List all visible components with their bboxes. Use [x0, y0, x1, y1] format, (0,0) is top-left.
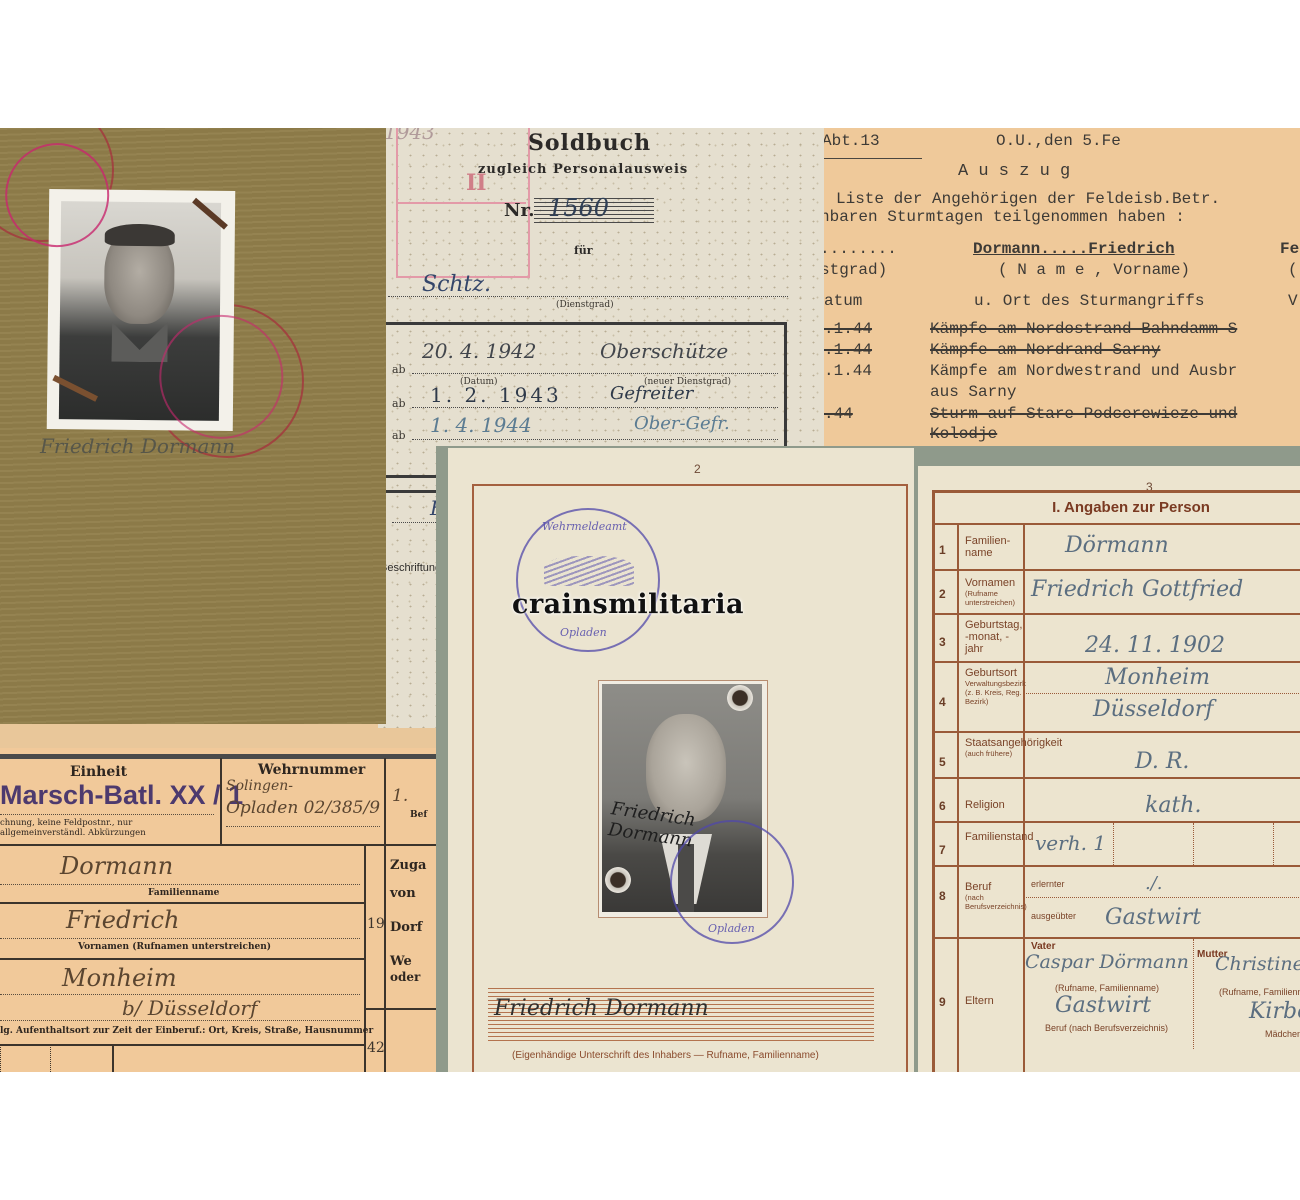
geburtsdatum-value: 24. 11. 1902	[1085, 633, 1225, 658]
einheit-label: Einheit	[70, 764, 127, 780]
personal-data-table: I. Angaben zur Person 1 Familien-name Dö…	[932, 490, 1300, 1072]
mutter-value: Christine	[1215, 953, 1300, 975]
soldier-photo-uniform	[47, 189, 236, 431]
promotion-date: 20. 4. 1942	[422, 339, 537, 363]
section-title: I. Angaben zur Person	[935, 499, 1300, 516]
document-collage: Abt.13 O.U.,den 5.Fe A u s z u g Liste d…	[0, 128, 1300, 1072]
auszug-entry: Kämpfe am Nordrand Sarny	[930, 341, 1160, 359]
soldbuch-number: 1560	[548, 194, 609, 222]
religion-value: kath.	[1145, 793, 1201, 818]
promotion-rank: Oberschütze	[600, 339, 728, 363]
auszug-entry: Sturm auf Stare Podcerewieze und	[930, 405, 1237, 423]
auszug-place-date: O.U.,den 5.Fe	[996, 132, 1121, 150]
staatsangehoerigkeit-value: D. R.	[1135, 749, 1189, 774]
cover-signature: Friedrich Dormann	[40, 434, 235, 458]
auszug-intro-line2: nbaren Sturmtagen teilgenommen haben :	[820, 208, 1185, 226]
vornamen-value: Friedrich Gottfried	[1031, 577, 1243, 602]
auszug-entry: Kämpfe am Nordostrand Bahndamm S	[930, 320, 1237, 338]
einheit-stamp: Marsch-Batl. XX / 1	[0, 780, 243, 811]
soldbuch-rank: Schtz.	[422, 272, 491, 297]
auszug-entry: aus Sarny	[930, 383, 1016, 401]
soldbuch-cover: Friedrich Dormann	[0, 128, 386, 724]
auszug-name-line: Dormann.....Friedrich	[973, 240, 1175, 258]
soldbuch-subtitle: zugleich Personalausweis	[478, 162, 688, 177]
promotion-date: 1. 2. 1943	[430, 383, 562, 407]
familienstand-value: verh. 1	[1035, 831, 1106, 855]
auszug-heading: A u s z u g	[958, 162, 1070, 181]
auszug-entry: Kämpfe am Nordwestrand und Ausbr	[930, 362, 1237, 380]
ort-value: Monheim	[62, 964, 177, 992]
geburtsort-value: Monheim	[1105, 665, 1210, 690]
promotion-rank: Ober-Gefr.	[634, 413, 730, 434]
auszug-name-caption: ( N a m e , Vorname)	[998, 261, 1190, 279]
beschriftung-label: Beschriftung	[380, 562, 441, 574]
vater-beruf-value: Gastwirt	[1055, 993, 1151, 1018]
wehrnummer-value: Opladen 02/385/9	[226, 798, 380, 818]
mutter-maiden-value: Kirbe	[1249, 999, 1300, 1024]
wehrnummer-label: Wehrnummer	[258, 762, 365, 778]
auszug-typed-document: Abt.13 O.U.,den 5.Fe A u s z u g Liste d…	[818, 128, 1300, 468]
promotion-rank: Gefreiter	[610, 383, 693, 404]
holder-signature: Friedrich Dormann	[494, 996, 709, 1021]
auszug-col-ort: u. Ort des Sturmangriffs	[974, 292, 1204, 310]
vater-value: Caspar Dörmann	[1025, 951, 1189, 973]
vornamen-value: Friedrich	[66, 906, 179, 934]
familienname-value: Dormann	[60, 852, 173, 880]
watermark: crainsmilitaria	[512, 589, 744, 620]
wehrpass-page-2: 2 Wehrmeldeamt Opladen Friedrich Dormann…	[448, 448, 914, 1072]
promotion-date: 1. 4. 1944	[430, 413, 532, 437]
auszug-entry: Kolodje	[930, 425, 997, 443]
wehrpass-page-3: 3 I. Angaben zur Person 1 Familien-name …	[918, 466, 1300, 1072]
auszug-unit: Abt.13	[822, 132, 880, 150]
soldbuch-title: Soldbuch	[528, 130, 651, 156]
auszug-intro-line1: Liste der Angehörigen der Feldeisb.Betr.	[836, 190, 1220, 208]
beruf-value: Gastwirt	[1105, 905, 1201, 930]
wehrstammbuch-form: Einheit Marsch-Batl. XX / 1 chnung, kein…	[0, 748, 440, 1072]
signature-caption: (Eigenhändige Unterschrift des Inhabers …	[512, 1050, 819, 1061]
familienname-value: Dörmann	[1065, 533, 1169, 558]
